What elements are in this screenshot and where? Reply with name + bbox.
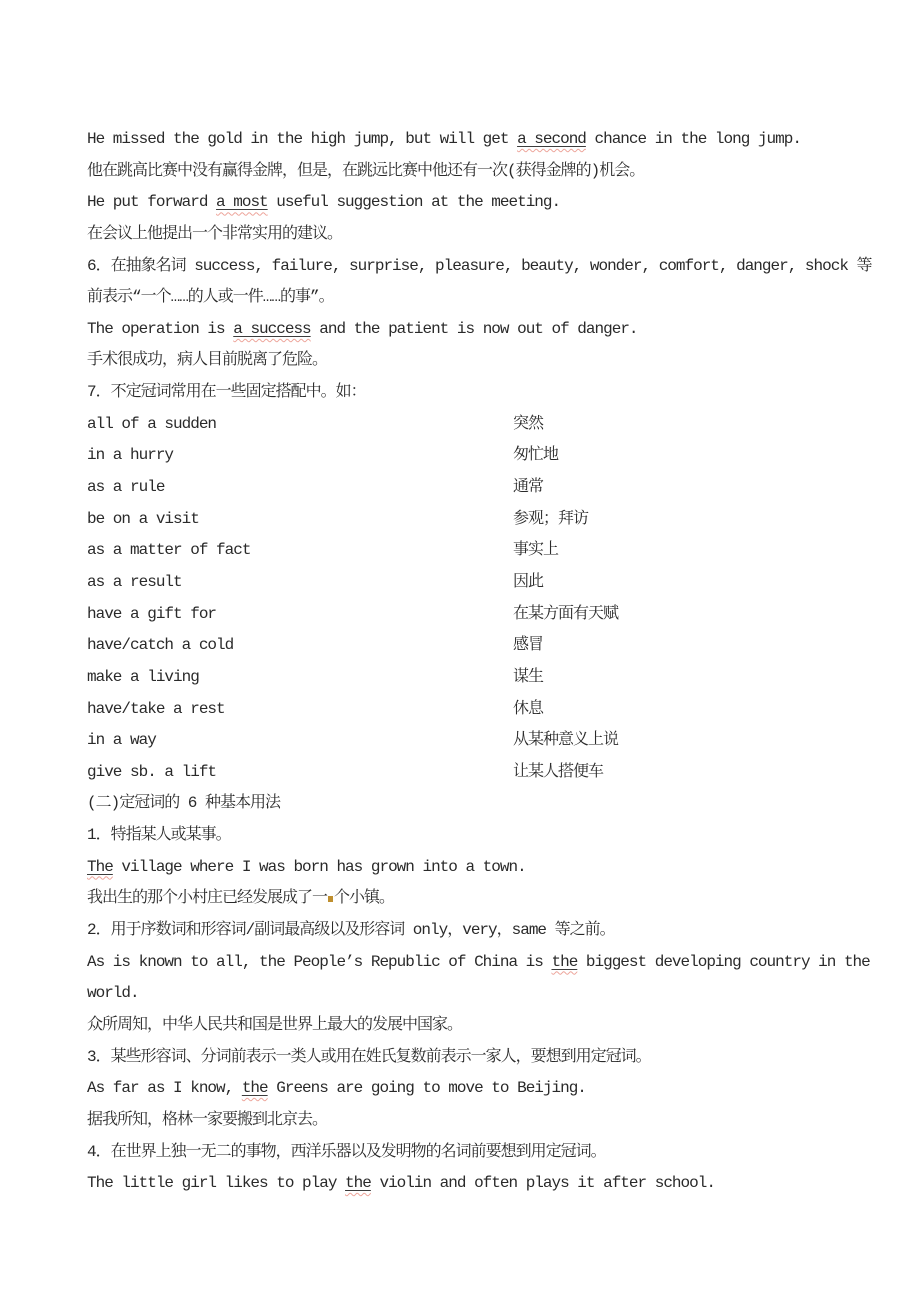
sentence-line: The village where I was born has grown i… <box>87 852 920 884</box>
sentence-line: As far as I know, the Greens are going t… <box>87 1073 920 1105</box>
underlined-term-text: a success <box>233 320 310 338</box>
phrase-english: in a way <box>87 725 513 757</box>
stray-mark <box>328 896 333 902</box>
text-segment: 4．在世界上独一无二的事物，西洋乐器以及发明物的名词前要想到用定冠词。 <box>87 1143 606 1161</box>
text-segment: useful suggestion at the meeting. <box>268 193 560 211</box>
sentence-line: 他在跳高比赛中没有赢得金牌，但是，在跳远比赛中他还有一次(获得金牌的)机会。 <box>87 156 920 188</box>
underlined-term-text: The <box>87 858 113 876</box>
underlined-term-text: the <box>551 953 577 971</box>
text-segment: 众所周知，中华人民共和国是世界上最大的发展中国家。 <box>87 1016 462 1034</box>
phrase-english: as a matter of fact <box>87 535 513 567</box>
text-segment: 前表示“一个……的人或一件……的事”。 <box>87 288 334 306</box>
phrase-chinese-meaning: 休息 <box>513 694 543 726</box>
text-segment: violin and often plays it after school. <box>371 1174 715 1192</box>
text-segment: As is known to all, the People’s Republi… <box>87 953 551 971</box>
phrase-chinese-meaning: 因此 <box>513 567 543 599</box>
text-segment: He missed the gold in the high jump, but… <box>87 130 517 148</box>
phrase-english: as a rule <box>87 472 513 504</box>
phrase-chinese-meaning: 谋生 <box>513 662 543 694</box>
underlined-term-text: the <box>242 1079 268 1097</box>
underlined-term: a success <box>233 320 310 338</box>
phrase-row: in a way从某种意义上说 <box>87 725 920 757</box>
text-segment: 我出生的那个小村庄已经发展成了一 <box>87 889 327 907</box>
phrase-row: as a result因此 <box>87 567 920 599</box>
sentence-line: The little girl likes to play the violin… <box>87 1168 920 1200</box>
sentence-line: 2．用于序数词和形容词/副词最高级以及形容词 only，very，same 等之… <box>87 915 920 947</box>
text-segment: world. <box>87 984 139 1002</box>
phrase-row: all of a sudden突然 <box>87 409 920 441</box>
sentence-line: 6．在抽象名词 success, failure, surprise, plea… <box>87 251 920 283</box>
phrase-chinese-meaning: 感冒 <box>513 630 543 662</box>
phrase-chinese-meaning: 从某种意义上说 <box>513 725 618 757</box>
phrase-row: have/take a rest休息 <box>87 694 920 726</box>
underlined-term: a most <box>216 193 268 211</box>
phrase-english: as a result <box>87 567 513 599</box>
phrase-english: all of a sudden <box>87 409 513 441</box>
phrase-chinese-meaning: 匆忙地 <box>513 440 558 472</box>
text-segment: 6．在抽象名词 success, failure, surprise, plea… <box>87 257 872 275</box>
text-segment: As far as I know, <box>87 1079 242 1097</box>
phrase-english: have/take a rest <box>87 694 513 726</box>
text-segment: 3．某些形容词、分词前表示一类人或用在姓氏复数前表示一家人，要想到用定冠词。 <box>87 1048 651 1066</box>
phrase-english: have a gift for <box>87 599 513 631</box>
text-segment: The operation is <box>87 320 233 338</box>
text-segment: 7．不定冠词常用在一些固定搭配中。如： <box>87 383 366 401</box>
sentence-line: 前表示“一个……的人或一件……的事”。 <box>87 282 920 314</box>
underlined-term-text: a most <box>216 193 268 211</box>
phrase-english: make a living <box>87 662 513 694</box>
sentence-line: The operation is a success and the patie… <box>87 314 920 346</box>
text-segment: 1．特指某人或某事。 <box>87 826 231 844</box>
phrase-chinese-meaning: 让某人搭便车 <box>513 757 603 789</box>
sentence-line: 据我所知，格林一家要搬到北京去。 <box>87 1105 920 1137</box>
text-segment: village where I was born has grown into … <box>113 858 526 876</box>
sentence-line: 3．某些形容词、分词前表示一类人或用在姓氏复数前表示一家人，要想到用定冠词。 <box>87 1042 920 1074</box>
text-segment: He put forward <box>87 193 216 211</box>
sentence-line: 1．特指某人或某事。 <box>87 820 920 852</box>
underlined-term: a second <box>517 130 586 148</box>
document-page: He missed the gold in the high jump, but… <box>0 0 920 1200</box>
phrase-chinese-meaning: 突然 <box>513 409 543 441</box>
text-segment: biggest developing country in the <box>577 953 869 971</box>
text-segment: (二)定冠词的 6 种基本用法 <box>87 794 280 812</box>
phrase-row: have/catch a cold感冒 <box>87 630 920 662</box>
phrase-row: as a matter of fact事实上 <box>87 535 920 567</box>
sentence-line: 7．不定冠词常用在一些固定搭配中。如： <box>87 377 920 409</box>
phrase-chinese-meaning: 事实上 <box>513 535 558 567</box>
text-segment: 据我所知，格林一家要搬到北京去。 <box>87 1111 327 1129</box>
underlined-term: the <box>345 1174 371 1192</box>
text-segment: 个小镇。 <box>334 889 394 907</box>
phrase-row: give sb. a lift让某人搭便车 <box>87 757 920 789</box>
text-segment: 在会议上他提出一个非常实用的建议。 <box>87 225 342 243</box>
underlined-term-text: the <box>345 1174 371 1192</box>
underlined-term: The <box>87 858 113 876</box>
text-segment: and the patient is now out of danger. <box>311 320 638 338</box>
sentence-line: 4．在世界上独一无二的事物，西洋乐器以及发明物的名词前要想到用定冠词。 <box>87 1137 920 1169</box>
sentence-line: 手术很成功，病人目前脱离了危险。 <box>87 345 920 377</box>
phrase-english: give sb. a lift <box>87 757 513 789</box>
text-segment: 他在跳高比赛中没有赢得金牌，但是，在跳远比赛中他还有一次(获得金牌的)机会。 <box>87 162 644 180</box>
underlined-term: the <box>551 953 577 971</box>
sentence-line: (二)定冠词的 6 种基本用法 <box>87 788 920 820</box>
sentence-line: He put forward a most useful suggestion … <box>87 187 920 219</box>
phrase-english: in a hurry <box>87 440 513 472</box>
text-segment: 2．用于序数词和形容词/副词最高级以及形容词 only，very，same 等之… <box>87 921 615 939</box>
sentence-line: world. <box>87 978 920 1010</box>
phrase-row: in a hurry匆忙地 <box>87 440 920 472</box>
text-segment: 手术很成功，病人目前脱离了危险。 <box>87 351 327 369</box>
phrase-chinese-meaning: 在某方面有天赋 <box>513 599 618 631</box>
text-segment: Greens are going to move to Beijing. <box>268 1079 586 1097</box>
underlined-term: the <box>242 1079 268 1097</box>
document-content: He missed the gold in the high jump, but… <box>0 0 920 1200</box>
phrase-row: have a gift for在某方面有天赋 <box>87 599 920 631</box>
text-segment: The little girl likes to play <box>87 1174 345 1192</box>
phrase-chinese-meaning: 参观；拜访 <box>513 504 588 536</box>
phrase-row: make a living谋生 <box>87 662 920 694</box>
sentence-line: 在会议上他提出一个非常实用的建议。 <box>87 219 920 251</box>
phrase-row: as a rule通常 <box>87 472 920 504</box>
text-segment: chance in the long jump. <box>586 130 801 148</box>
underlined-term-text: a second <box>517 130 586 148</box>
phrase-chinese-meaning: 通常 <box>513 472 543 504</box>
sentence-line: He missed the gold in the high jump, but… <box>87 124 920 156</box>
sentence-line: As is known to all, the People’s Republi… <box>87 947 920 979</box>
phrase-row: be on a visit参观；拜访 <box>87 504 920 536</box>
phrase-english: be on a visit <box>87 504 513 536</box>
phrase-english: have/catch a cold <box>87 630 513 662</box>
sentence-line: 我出生的那个小村庄已经发展成了一个小镇。 <box>87 883 920 915</box>
sentence-line: 众所周知，中华人民共和国是世界上最大的发展中国家。 <box>87 1010 920 1042</box>
